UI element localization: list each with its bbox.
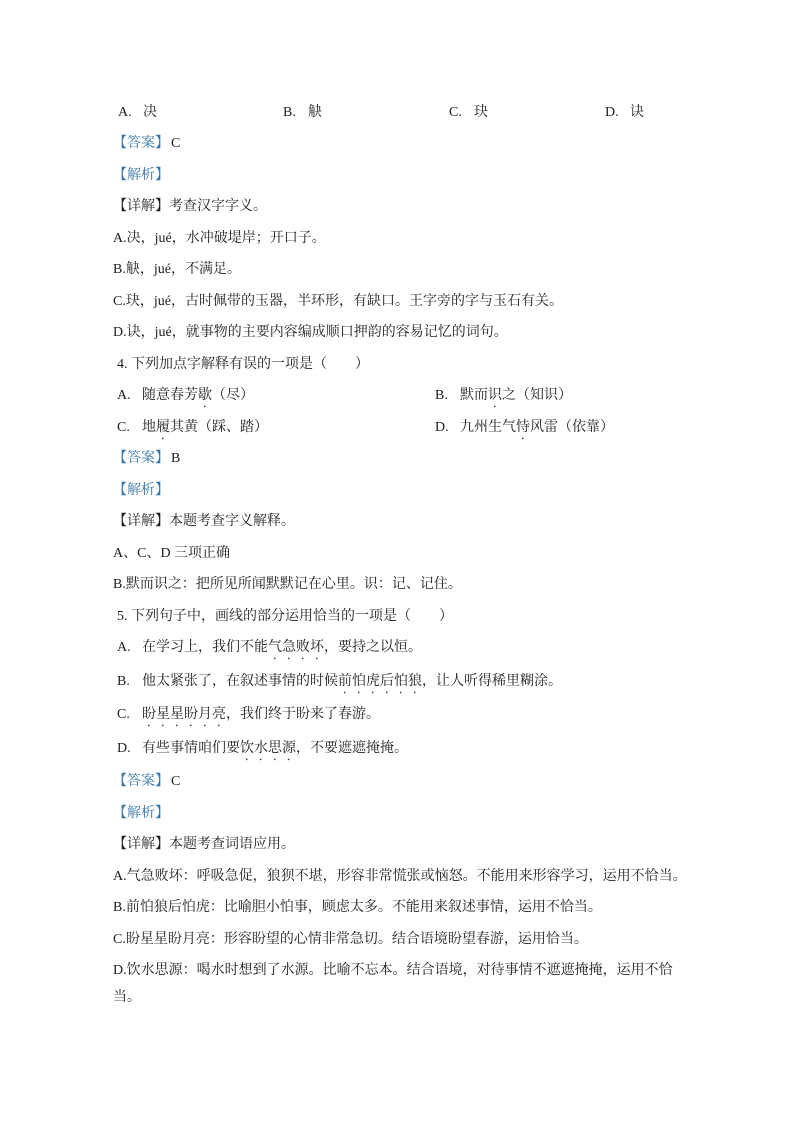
explanation-paragraph: C.玦，jué，古时佩带的玉器，半环形，有缺口。王字旁的字与玉石有关。	[113, 288, 698, 315]
option-a-text: 决	[143, 105, 157, 120]
option-a-label: A.	[117, 382, 142, 409]
detail-paragraph: 【详解】本题考查词语应用。	[113, 831, 698, 858]
option-a-emphasized: 气急败坏	[268, 640, 324, 655]
option-a-label: A.	[118, 99, 143, 126]
explanation-paragraph: A.气急败坏：呼吸急促，狼狈不堪，形容非常慌张或恼怒。不能用来形容学习，运用不恰…	[113, 863, 698, 890]
option-b-pre: 默而	[460, 388, 488, 403]
option-d-text: 诀	[630, 105, 644, 120]
question-5-stem: 5. 下列句子中，画线的部分运用恰当的一项是（ ）	[113, 603, 698, 630]
detail-paragraph: 【详解】本题考查字义解释。	[113, 508, 698, 535]
option-b: B.觖	[283, 99, 322, 126]
option-c-emphasized: 盼星星盼月亮	[142, 707, 226, 722]
analysis-label: 【解析】	[113, 483, 169, 498]
option-d-label: D.	[117, 735, 142, 762]
answer-label: 【答案】	[113, 774, 169, 789]
answer-line: 【答案】C	[113, 130, 698, 157]
explanation-paragraph: B.前怕狼后怕虎：比喻胆小怕事，顾虑太多。不能用来叙述事情，运用不恰当。	[113, 894, 698, 921]
explanation-paragraph: A、C、D 三项正确	[113, 540, 698, 567]
exam-answer-page: A.决 B.觖 C.玦 D.诀 【答案】C 【解析】 【详解】考查汉字字义。 A…	[0, 0, 793, 1122]
analysis-label: 【解析】	[113, 168, 169, 183]
analysis-label: 【解析】	[113, 806, 169, 821]
option-c-emphasized: 履	[156, 420, 170, 435]
option-b-pre: 他太紧张了，在叙述事情的时候	[142, 674, 338, 689]
explanation-paragraph: C.盼星星盼月亮：形容盼望的心情非常急切。结合语境盼望春游，运用恰当。	[113, 926, 698, 953]
answer-label: 【答案】	[113, 451, 169, 466]
option-a-pre: 在学习上，我们不能	[142, 640, 268, 655]
option-a-label: A.	[117, 634, 142, 661]
option-c: C.盼星星盼月亮，我们终于盼来了春游。	[113, 701, 698, 730]
answer-line: 【答案】C	[113, 768, 698, 795]
option-a-post: （尽）	[212, 388, 254, 403]
answer-line: 【答案】B	[113, 445, 698, 472]
option-d: D.有些事情咱们要饮水思源，不要遮遮掩掩。	[113, 735, 698, 764]
option-d-post: ，不要遮遮掩掩。	[296, 741, 408, 756]
option-b: B.他太紧张了，在叙述事情的时候前怕虎后怕狼，让人听得稀里糊涂。	[113, 668, 698, 697]
option-c-post: ，我们终于盼来了春游。	[226, 707, 380, 722]
option-b-emphasized: 识	[488, 388, 502, 403]
analysis-line: 【解析】	[113, 162, 698, 189]
option-a: A.决	[118, 99, 157, 126]
option-b-label: B.	[283, 99, 308, 126]
option-a: A.在学习上，我们不能气急败坏，要持之以恒。	[113, 634, 698, 663]
explanation-paragraph: D.饮水思源：喝水时想到了水源。比喻不忘本。结合语境，对待事情不遮遮掩掩，运用不…	[113, 957, 698, 1011]
option-a-emphasized: 歇	[198, 388, 212, 403]
analysis-line: 【解析】	[113, 800, 698, 827]
option-b-text: 觖	[308, 105, 322, 120]
answer-value: B	[171, 451, 180, 466]
explanation-paragraph: A.决，jué，水冲破堤岸；开口子。	[113, 225, 698, 252]
option-c: C.地履其黄（踩、踏）	[117, 414, 268, 443]
question-4-stem: 4. 下列加点字解释有误的一项是（ ）	[113, 351, 698, 378]
option-d-post: 风雷（依靠）	[530, 420, 614, 435]
option-c-label: C.	[449, 99, 474, 126]
option-d: D.九州生气恃风雷（依靠）	[435, 414, 614, 443]
option-d-label: D.	[435, 414, 460, 441]
answer-label: 【答案】	[113, 136, 169, 151]
option-c-label: C.	[117, 701, 142, 728]
option-b-emphasized: 前怕虎后怕狼	[338, 674, 422, 689]
question-4-options-row-2: C.地履其黄（踩、踏） D.九州生气恃风雷（依靠）	[113, 414, 698, 441]
option-c-pre: 地	[142, 420, 156, 435]
option-b-label: B.	[117, 668, 142, 695]
option-d-label: D.	[605, 99, 630, 126]
option-c-label: C.	[117, 414, 142, 441]
option-b-post: 之（知识）	[502, 388, 572, 403]
option-d: D.诀	[605, 99, 644, 126]
option-d-pre: 九州生气	[460, 420, 516, 435]
option-a: A.随意春芳歇（尽）	[117, 382, 254, 411]
option-a-post: ，要持之以恒。	[324, 640, 422, 655]
option-b-label: B.	[435, 382, 460, 409]
option-d-emphasized: 恃	[516, 420, 530, 435]
answer-value: C	[171, 136, 180, 151]
option-c-post: 其黄（踩、踏）	[170, 420, 268, 435]
explanation-paragraph: B.默而识之：把所见所闻默默记在心里。识：记、记住。	[113, 571, 698, 598]
option-b: B.默而识之（知识）	[435, 382, 572, 411]
option-a-pre: 随意春芳	[142, 388, 198, 403]
explanation-paragraph: D.诀，jué，就事物的主要内容编成顺口押韵的容易记忆的词句。	[113, 319, 698, 346]
answer-value: C	[171, 774, 180, 789]
option-b-post: ，让人听得稀里糊涂。	[422, 674, 562, 689]
detail-paragraph: 【详解】考查汉字字义。	[113, 193, 698, 220]
option-d-pre: 有些事情咱们要	[142, 741, 240, 756]
question-4-options-row-1: A.随意春芳歇（尽） B.默而识之（知识）	[113, 382, 698, 409]
question-3-options-row: A.决 B.觖 C.玦 D.诀	[113, 99, 698, 126]
option-c: C.玦	[449, 99, 488, 126]
analysis-line: 【解析】	[113, 477, 698, 504]
explanation-paragraph: B.觖，jué，不满足。	[113, 256, 698, 283]
option-d-emphasized: 饮水思源	[240, 741, 296, 756]
option-c-text: 玦	[474, 105, 488, 120]
